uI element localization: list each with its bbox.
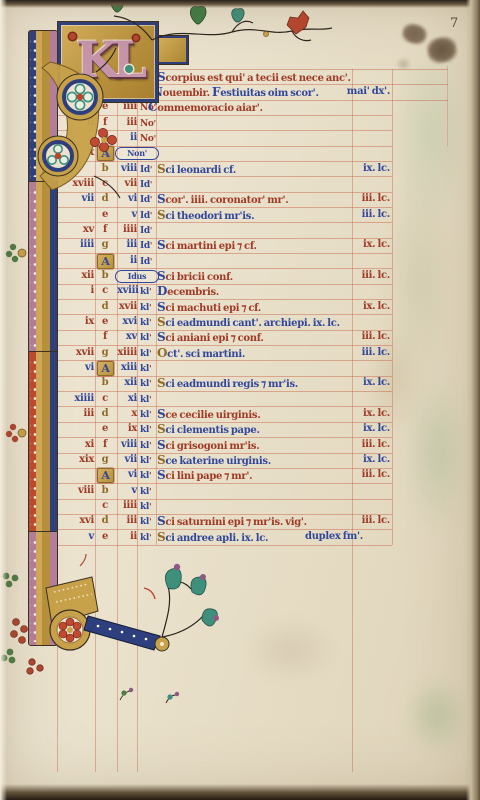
kalend-marker: Id' [140,238,157,253]
flourish-tick: ' [149,455,151,465]
feast-entry: Sci leonardi cf. [157,162,236,178]
golden-number: xiiii [57,392,94,406]
lesson-grade: ix. lc. [295,376,390,390]
kalend-marker: Id' [140,192,157,207]
day-count-numeral: viii [117,438,137,452]
feast-text: ci grisogoni mr'is. [165,441,259,452]
kalend-marker-glyph: kl [140,349,149,359]
calendar-row: xANon' [57,146,392,161]
lesson-grade: iii. lc. [295,269,390,283]
dominical-letter: d [97,514,113,528]
month-heading: ouembir. [163,88,212,99]
day-count-numeral: iiii [117,499,137,513]
dominical-letter: d [97,300,113,314]
bar-segment [29,31,57,181]
calendar-row: xixgviikl'Sce katerine uirginis.ix. lc. [57,453,392,468]
kalend-marker: Id' [140,177,157,192]
decorated-letter-a: A [97,146,114,161]
kalend-marker: kl' [140,422,157,437]
flourish-tick: ' [149,348,151,358]
kalend-marker-glyph: kl [140,379,149,389]
lesson-grade: iii. lc. [295,438,390,452]
dominical-letter: g [97,453,113,467]
kalend-marker-glyph: kl [140,364,149,374]
dominical-letter: c [97,499,113,513]
calendar-row: xviiicviiId' [57,177,392,192]
dominical-letter: b [97,484,113,498]
feast-entry: Sci eadmundi regis ⁊ mr'is. [157,376,298,392]
page-edge-right [466,0,480,800]
feast-text: ce cecilie uirginis. [165,410,260,421]
feast-text: ce katerine uirginis. [165,456,271,467]
day-count-numeral: vii [117,453,137,467]
ivy-leaf-icon [190,6,206,24]
feast-text: ommemoracio aiar'. [157,103,262,114]
calendar-row: viiibvkl' [57,484,392,499]
day-count-numeral: xiiii [117,346,137,360]
calendar-row: bxiikl'Sci eadmundi regis ⁊ mr'is.ix. lc… [57,376,392,391]
flourish-tick: ' [149,470,151,480]
feast-entry: Sce katerine uirginis. [157,453,271,469]
lesson-grade: iii. lc. [295,468,390,482]
golden-number: iiii [57,238,94,252]
flourish-tick: ' [149,409,151,419]
flourish-tick: ' [150,225,152,235]
golden-number: xi [57,438,94,452]
flourish-tick: ' [149,317,151,327]
dominical-letter: d [97,192,113,206]
berry-cluster [27,659,44,675]
day-count-numeral: xiii [117,361,137,375]
decorated-letter-a: A [97,468,114,483]
kalend-marker: kl' [140,514,157,529]
golden-number: xv [57,223,94,237]
kalend-marker: kl' [140,330,157,345]
flourish-tick: ' [154,133,156,143]
calendar-row: ciiiikl' [57,499,392,514]
page-edge-bottom [0,784,480,800]
golden-number: x [57,146,94,160]
feast-text: corpius est qui' a tecii est nece anc'. [165,73,350,84]
dominical-letter: f [97,438,113,452]
flourish-tick: ' [149,332,151,342]
dominical-letter: d [97,407,113,421]
kalend-marker-glyph: Id [140,257,150,267]
golden-number: xiii [57,100,94,114]
calendar-row: viAxiiikl' [57,361,392,376]
red-leaf-icon [287,11,309,34]
feast-entry: Scorpius est qui' a tecii est nece anc'. [157,70,351,86]
kalend-marker-glyph: Id [140,180,150,190]
dominical-letter: b [97,269,113,283]
kalend-marker: kl' [140,300,157,315]
golden-number: xix [57,453,94,467]
gold-dot [263,31,268,36]
kalend-marker: kl' [140,392,157,407]
kalend-marker: Id' [140,162,157,177]
kalend-marker-glyph: Id [140,226,150,236]
calendar-row: xvidiiikl'Sci saturnini epi ⁊ mr'is. vig… [57,514,392,529]
calendar-row: xviigxiiiikl'Oct'. sci martini.iii. lc. [57,346,392,361]
feast-entry: Decembris. [157,284,219,300]
kalend-marker-glyph: kl [140,533,149,543]
feast-text: ci theodori mr'is. [165,211,254,222]
dominical-letter: b [97,376,113,390]
calendar-row: xiiiicxikl' [57,392,392,407]
kl-monogram: KL [58,22,158,102]
kl-flower-red2 [133,35,139,41]
golden-number: ix [57,315,94,329]
flourish-tick: ' [149,532,151,542]
day-count-numeral: vi [117,192,137,206]
kalend-marker-glyph: kl [140,425,149,435]
feast-text: ci bricii conf. [165,272,233,283]
lesson-grade: iii. lc. [295,346,390,360]
calendar-row: dxviikl'Sci machuti epi ⁊ cf.ix. lc. [57,300,392,315]
dominical-letter: f [97,116,113,130]
day-count-numeral: iii [117,116,137,130]
feast-initial: O [157,346,167,360]
ivy-leaf-icon [232,8,245,22]
dominical-letter: e [97,422,113,436]
calendar-row: icxviiikl'Decembris. [57,284,392,299]
feast-text: ct'. sci martini. [167,349,245,360]
dominical-letter: b [97,162,113,176]
decorated-letter-a: A [97,361,114,376]
feast-entry: Sci grisogoni mr'is. [157,438,259,454]
dominical-letter: c [97,392,113,406]
calendar-row: xiiieiiiiNo'Commemoracio aiar'. [57,100,392,115]
lesson-grade: duplex fm'. [305,530,395,544]
kl-flower-teal [125,65,133,73]
feast-text: ci aniani epi ⁊ conf. [165,333,263,344]
calendar-row: iifiiiNo' [57,116,392,131]
kalend-marker: kl' [140,407,157,422]
feast-text: cor'. iiii. coronator' mr'. [165,195,288,206]
lesson-grade: iii. lc. [295,192,390,206]
kalend-marker-glyph: kl [140,441,149,451]
lesson-grade: iii. lc. [295,514,390,528]
kalend-marker-glyph: kl [140,303,149,313]
page-edge-left [0,0,7,800]
kalend-marker-glyph: kl [140,471,149,481]
feast-entry: Sce cecilie uirginis. [157,407,260,423]
feast-entry: Scor'. iiii. coronator' mr'. [157,192,288,208]
feast-text: ecembris. [167,287,219,298]
feast-text: ci machuti epi ⁊ cf. [165,303,261,314]
bar-segment [29,531,57,646]
kalend-marker: kl' [140,315,157,330]
kalend-marker: kl' [140,499,157,514]
flourish-tick: ' [149,516,151,526]
feast-text: ci clementis pape. [165,425,259,436]
lesson-grade: ix. lc. [295,162,390,176]
kalend-marker-glyph: No [140,134,154,144]
calendar-row: eixkl'Sci clementis pape.ix. lc. [57,422,392,437]
kalend-marker: kl' [140,530,157,545]
kalend-marker: kl' [140,484,157,499]
dominical-letter: g [97,346,113,360]
feast-entry: Sci andree apli. ix. lc. [157,530,268,546]
ruling-line [447,66,448,146]
dominical-letter: f [97,223,113,237]
kl-flower-red [69,33,76,40]
calendar-row: fxvkl'Sci aniani epi ⁊ conf.iii. lc. [57,330,392,345]
day-count-numeral: ii [117,131,137,145]
flourish-tick: ' [149,440,151,450]
ink-stain-1 [400,21,429,47]
kalend-marker: kl' [140,284,157,299]
golden-number: xvi [57,514,94,528]
feast-text: ci leonardi cf. [165,165,236,176]
day-count-numeral: xvi [117,315,137,329]
dominical-letter: e [97,530,113,544]
kalend-marker-glyph: Id [140,165,150,175]
calendar-row: AiiId' [57,254,392,269]
lesson-grade: ix. lc. [295,300,390,314]
ink-stain-2 [425,35,459,66]
lesson-grade: ix. lc. [295,422,390,436]
feast-entry: Sci clementis pape. [157,422,260,438]
dominical-letter: A [97,468,113,484]
day-count-numeral: iii [117,514,137,528]
dominical-letter: g [97,238,113,252]
day-count-numeral: xi [117,392,137,406]
red-flower-icon [59,618,81,642]
golden-number: xii [57,269,94,283]
feast-initial: C [148,100,157,114]
flourish-tick: ' [150,256,152,266]
dominical-letter: g [97,131,113,145]
kalend-marker: No' [140,131,157,146]
golden-number: xviii [57,177,94,191]
kalend-marker-glyph: kl [140,395,149,405]
dominical-letter: c [97,284,113,298]
day-count-numeral: ix [117,422,137,436]
ruling-line [392,69,393,545]
golden-number: i [57,284,94,298]
green-trefoil [1,649,16,664]
kalend-marker-glyph: Id [140,211,150,221]
day-count-numeral: viii [117,162,137,176]
teal-leaf-icon [191,577,206,595]
feast-entry: Sci saturnini epi ⁊ mr'is. vig'. [157,514,307,530]
flourish-tick: ' [149,302,151,312]
feast-entry: Sci bricii conf. [157,269,233,285]
golden-number: xvii [57,346,94,360]
feast-entry: Sci lini pape ⁊ mr'. [157,468,252,484]
lesson-grade: mai' dx'. [295,85,390,99]
day-count-numeral: v [117,484,137,498]
day-count-numeral: iiii [117,223,137,237]
folio-number: 7 [450,16,458,31]
golden-number: v [57,530,94,544]
bar-sprig [6,244,26,262]
day-count-numeral: x [117,407,137,421]
kalend-marker-glyph: kl [140,487,149,497]
day-count-numeral: v [117,208,137,222]
calendar-row: xvfiiiiId' [57,223,392,238]
calendar-row: giiNo' [57,131,392,146]
feast-text: ci andree apli. ix. lc. [165,533,268,544]
feast-entry: Sci machuti epi ⁊ cf. [157,300,261,316]
flourish-tick: ' [150,210,152,220]
nones-ides-cartouche: Non' [115,147,159,160]
feast-text: ci eadmundi cant'. archiepi. ix. lc. [165,318,339,329]
show-through-bottom-right [392,668,472,773]
day-count-numeral: vi [117,468,137,482]
kalend-marker-glyph: No [140,119,154,129]
bar-segment [29,181,57,352]
kalend-marker: kl' [140,376,157,391]
dominical-letter: f [97,330,113,344]
kalend-marker: Id' [140,254,157,269]
lesson-grade: iii. lc. [295,330,390,344]
teal-leaf-icon [202,609,217,626]
day-count-numeral: xv [117,330,137,344]
feast-text: ci saturnini epi ⁊ mr'is. vig'. [165,517,307,528]
golden-number: viii [57,484,94,498]
day-count-numeral: ii [117,530,137,544]
border-bar [28,30,58,646]
ivy-leaf-icon [111,0,124,12]
dominical-letter: e [97,208,113,222]
bar-sprig [6,424,26,442]
kalend-marker: kl' [140,346,157,361]
feast-text: ci eadmundi regis ⁊ mr'is. [165,379,298,390]
lesson-grade: iii. lc. [295,208,390,222]
feast-entry: Sci martini epi ⁊ cf. [157,238,257,254]
decorated-letter-a: A [97,254,114,269]
kalend-marker: kl' [140,438,157,453]
flourish-tick: ' [149,501,151,511]
calendar-row: viidviId'Scor'. iiii. coronator' mr'.iii… [57,192,392,207]
feast-entry: Sci aniani epi ⁊ conf. [157,330,264,346]
calendar-row: iiidxkl'Sce cecilie uirginis.ix. lc. [57,407,392,422]
flourish-tick: ' [149,424,151,434]
lesson-grade: ix. lc. [295,453,390,467]
manuscript-page: 7 KL [0,0,480,800]
golden-number: ii [57,116,94,130]
golden-number: vi [57,361,94,375]
day-count-numeral: ii [117,254,137,268]
dominical-letter: A [97,146,113,162]
day-count-numeral: xii [117,376,137,390]
berry-cluster [11,619,28,644]
feast-entry: Oct'. sci martini. [157,346,245,362]
flourish-tick: ' [149,378,151,388]
flourish-tick: ' [150,164,152,174]
calendar-row: evId'Sci theodori mr'is.iii. lc. [57,208,392,223]
lesson-grade: ix. lc. [295,238,390,252]
nones-ides-cartouche: Idus [115,270,159,283]
feast-entry: Sci eadmundi cant'. archiepi. ix. lc. [157,315,340,331]
lower-sprig [120,688,179,703]
flourish-tick: ' [149,363,151,373]
kalend-marker-glyph: kl [140,287,149,297]
golden-number: iii [57,407,94,421]
calendar-row: xifviiikl'Sci grisogoni mr'is.iii. lc. [57,438,392,453]
feast-entry: Sci theodori mr'is. [157,208,254,224]
dominical-letter: c [97,177,113,191]
calendar-row: bviiiId'Sci leonardi cf.ix. lc. [57,162,392,177]
calendar-row: Avikl'Sci lini pape ⁊ mr'.iii. lc. [57,468,392,483]
day-count-numeral: xviii [117,284,137,298]
dominical-letter: A [97,361,113,377]
day-count-numeral: vii [117,177,137,191]
golden-number: vii [57,192,94,206]
kalend-marker: kl' [140,361,157,376]
kalend-marker: Id' [140,208,157,223]
kalend-marker-glyph: kl [140,517,149,527]
teal-leaf-icon [165,569,181,590]
bar-segment [29,351,57,532]
day-count-numeral: xvii [117,300,137,314]
dominical-letter: A [97,254,113,270]
dominical-letter: e [97,100,113,114]
flourish-tick: ' [149,486,151,496]
flourish-tick: ' [149,286,151,296]
show-through-lower-middle [205,585,375,715]
dominical-letter: e [97,315,113,329]
feast-entry: Commemoracio aiar'. [148,100,263,116]
kalend-marker: No' [140,116,157,131]
calendar-row: xiibIdusSci bricii conf.iii. lc. [57,269,392,284]
flourish-tick: ' [150,179,152,189]
kalend-marker-glyph: Id [140,241,150,251]
flourish-tick: ' [150,194,152,204]
feast-initial: F [212,85,220,99]
calendar-row: veiikl'Sci andree apli. ix. lc.duplex fm… [57,530,392,545]
kalend-marker-glyph: kl [140,502,149,512]
lesson-grade: ix. lc. [295,407,390,421]
flourish-tick: ' [150,240,152,250]
green-trefoil [3,573,19,588]
kalend-marker: kl' [140,468,157,483]
calendar-row: iiiigiiiId'Sci martini epi ⁊ cf.ix. lc. [57,238,392,253]
calendar-row: ixexvikl'Sci eadmundi cant'. archiepi. i… [57,315,392,330]
kalend-marker: Id' [140,223,157,238]
page-edge-top [0,0,480,8]
kalend-marker-glyph: kl [140,456,149,466]
kalend-marker-glyph: Id [140,195,150,205]
kalend-marker-glyph: kl [140,410,149,420]
feast-entry: Nouembir. Festiuitas oim scor'. [152,85,319,101]
flourish-tick: ' [154,118,156,128]
day-count-numeral: iii [117,238,137,252]
day-count-numeral: iiii [117,100,137,114]
feast-text: ci lini pape ⁊ mr'. [165,471,252,482]
feast-text: ci martini epi ⁊ cf. [165,241,256,252]
kalend-marker-glyph: kl [140,333,149,343]
feast-initial: D [157,284,167,298]
kalend-marker: kl' [140,453,157,468]
kalend-marker-glyph: kl [140,318,149,328]
flourish-tick: ' [149,394,151,404]
